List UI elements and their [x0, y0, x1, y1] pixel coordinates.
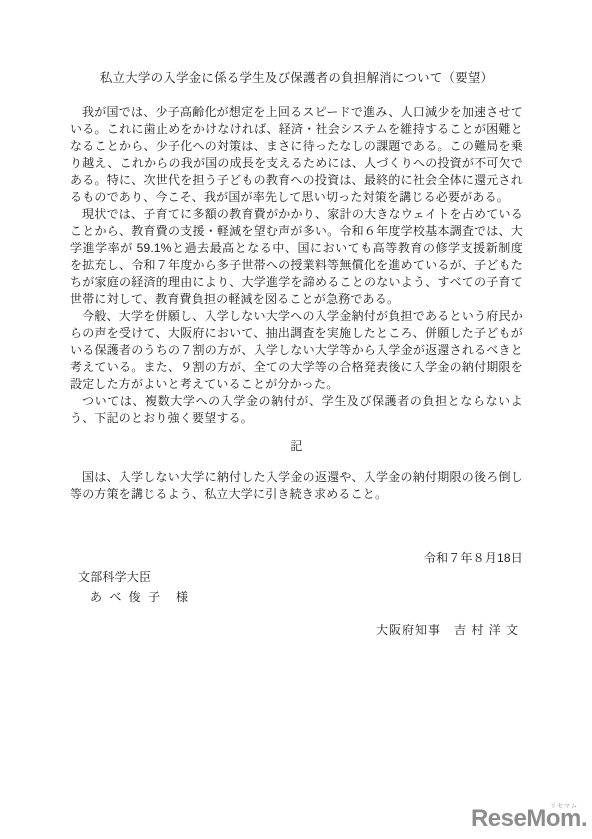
letter-body: 私立大学の入学金に係る学生及び保護者の負担解消について（要望） 我が国では、少子… — [70, 70, 523, 639]
addressee-name: あ べ 俊 子 様 — [70, 589, 523, 606]
addressee-title: 文部科学大臣 — [70, 569, 523, 586]
resemom-logo: リセマム ReseMom. — [471, 807, 587, 831]
sender-signature: 大阪府知事 吉 村 洋 文 — [70, 622, 523, 639]
paragraph-conclusion: ついては、複数大学への入学金の納付が、学生及び保護者の負担とならないよう、下記の… — [70, 393, 523, 427]
document-page: 私立大学の入学金に係る学生及び保護者の負担解消について（要望） 我が国では、少子… — [0, 0, 592, 839]
paragraph-request: 国は、入学しない大学に納付した入学金の返還や、入学金の納付期限の後ろ倒し等の方策… — [70, 469, 523, 503]
document-title: 私立大学の入学金に係る学生及び保護者の負担解消について（要望） — [70, 70, 523, 87]
paragraph-intro: 我が国では、少子高齢化が想定を上回るスピードで進み、人口減少を加速させている。こ… — [70, 104, 523, 206]
paragraph-survey: 今般、大学を併願し、入学しない大学への入学金納付が負担であるという府民からの声を… — [70, 308, 523, 393]
paragraph-current-state: 現状では、子育てに多額の教育費がかかり、家計の大きなウェイトを占めていることから… — [70, 206, 523, 308]
document-date: 令和７年８月18日 — [70, 550, 523, 567]
ki-heading: 記 — [70, 438, 523, 455]
resemom-logo-ruby: リセマム — [550, 804, 578, 810]
